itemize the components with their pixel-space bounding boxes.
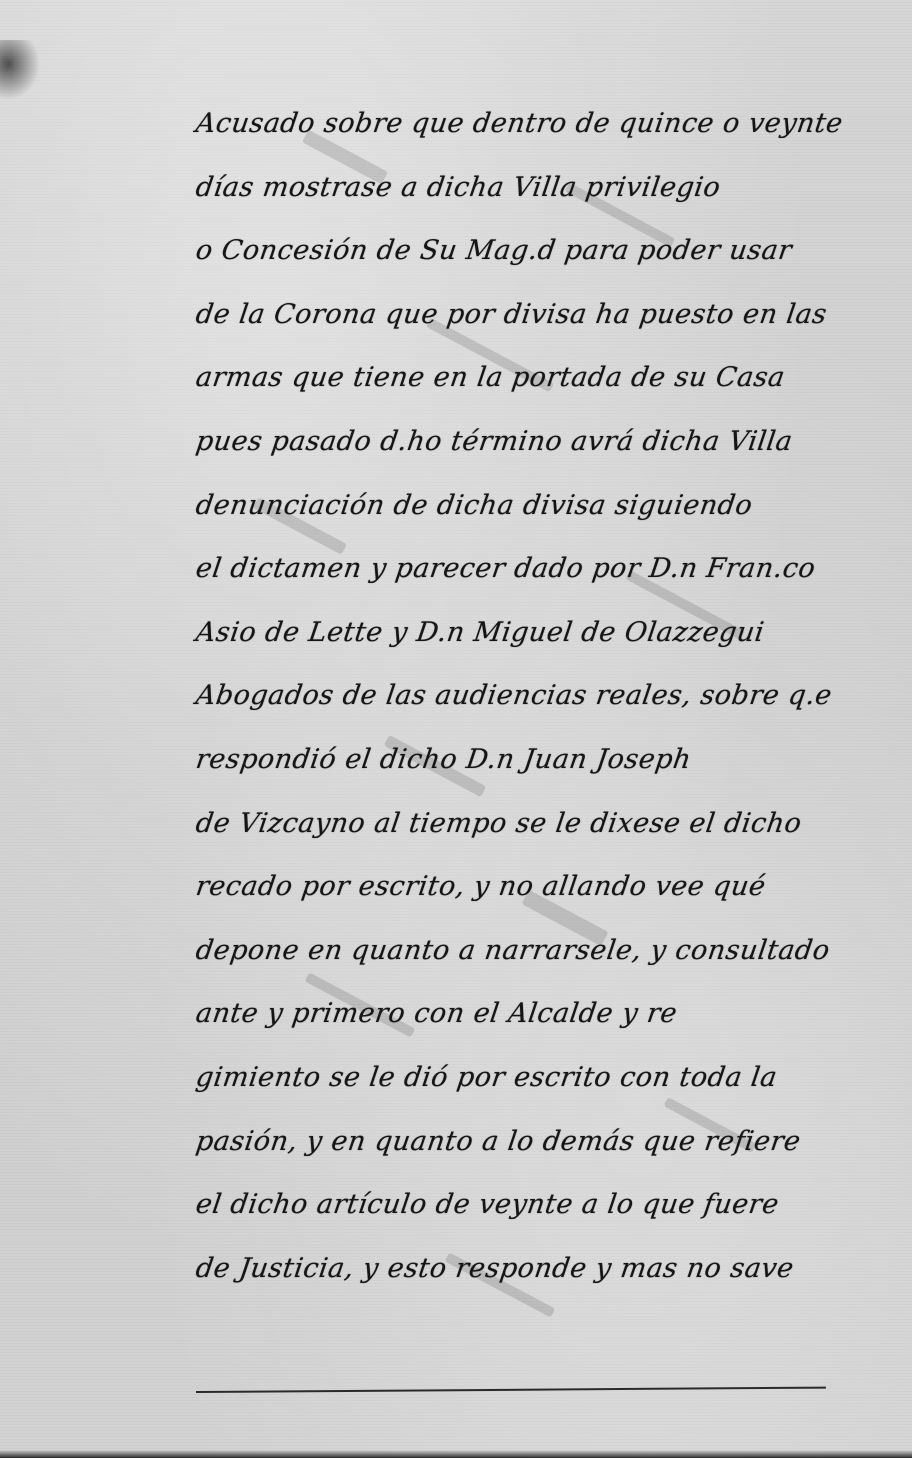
page-edge-shadow — [0, 1450, 912, 1458]
closing-rule — [196, 1387, 826, 1393]
manuscript-text: Acusado sobre que dentro de quince o vey… — [196, 92, 836, 1300]
manuscript-line: de Vizcayno al tiempo se le dixese el di… — [192, 792, 841, 856]
manuscript-line: denunciación de dicha divisa siguiendo — [192, 474, 841, 538]
ink-stain — [0, 40, 40, 100]
manuscript-line: días mostrase a dicha Villa privilegio — [192, 156, 841, 220]
manuscript-line: de la Corona que por divisa ha puesto en… — [192, 283, 841, 347]
manuscript-line: gimiento se le dió por escrito con toda … — [192, 1046, 841, 1110]
manuscript-line: el dicho artículo de veynte a lo que fue… — [192, 1173, 841, 1237]
manuscript-line: ante y primero con el Alcalde y re — [192, 982, 841, 1046]
manuscript-line: pues pasado d.ho término avrá dicha Vill… — [192, 410, 841, 474]
manuscript-line: o Concesión de Su Mag.d para poder usar — [192, 219, 841, 283]
manuscript-line: respondió el dicho D.n Juan Joseph — [192, 728, 841, 792]
manuscript-line: recado por escrito, y no allando vee qué — [192, 855, 841, 919]
manuscript-line: de Justicia, y esto responde y mas no sa… — [192, 1237, 841, 1301]
manuscript-line: Acusado sobre que dentro de quince o vey… — [192, 92, 841, 156]
manuscript-line: Abogados de las audiencias reales, sobre… — [192, 664, 841, 728]
manuscript-line: armas que tiene en la portada de su Casa — [192, 346, 841, 410]
manuscript-line: pasión, y en quanto a lo demás que refie… — [192, 1110, 841, 1174]
manuscript-page: Acusado sobre que dentro de quince o vey… — [0, 0, 912, 1458]
manuscript-line: Asio de Lette y D.n Miguel de Olazzegui — [192, 601, 841, 665]
manuscript-line: el dictamen y parecer dado por D.n Fran.… — [192, 537, 841, 601]
manuscript-line: depone en quanto a narrarsele, y consult… — [192, 919, 841, 983]
